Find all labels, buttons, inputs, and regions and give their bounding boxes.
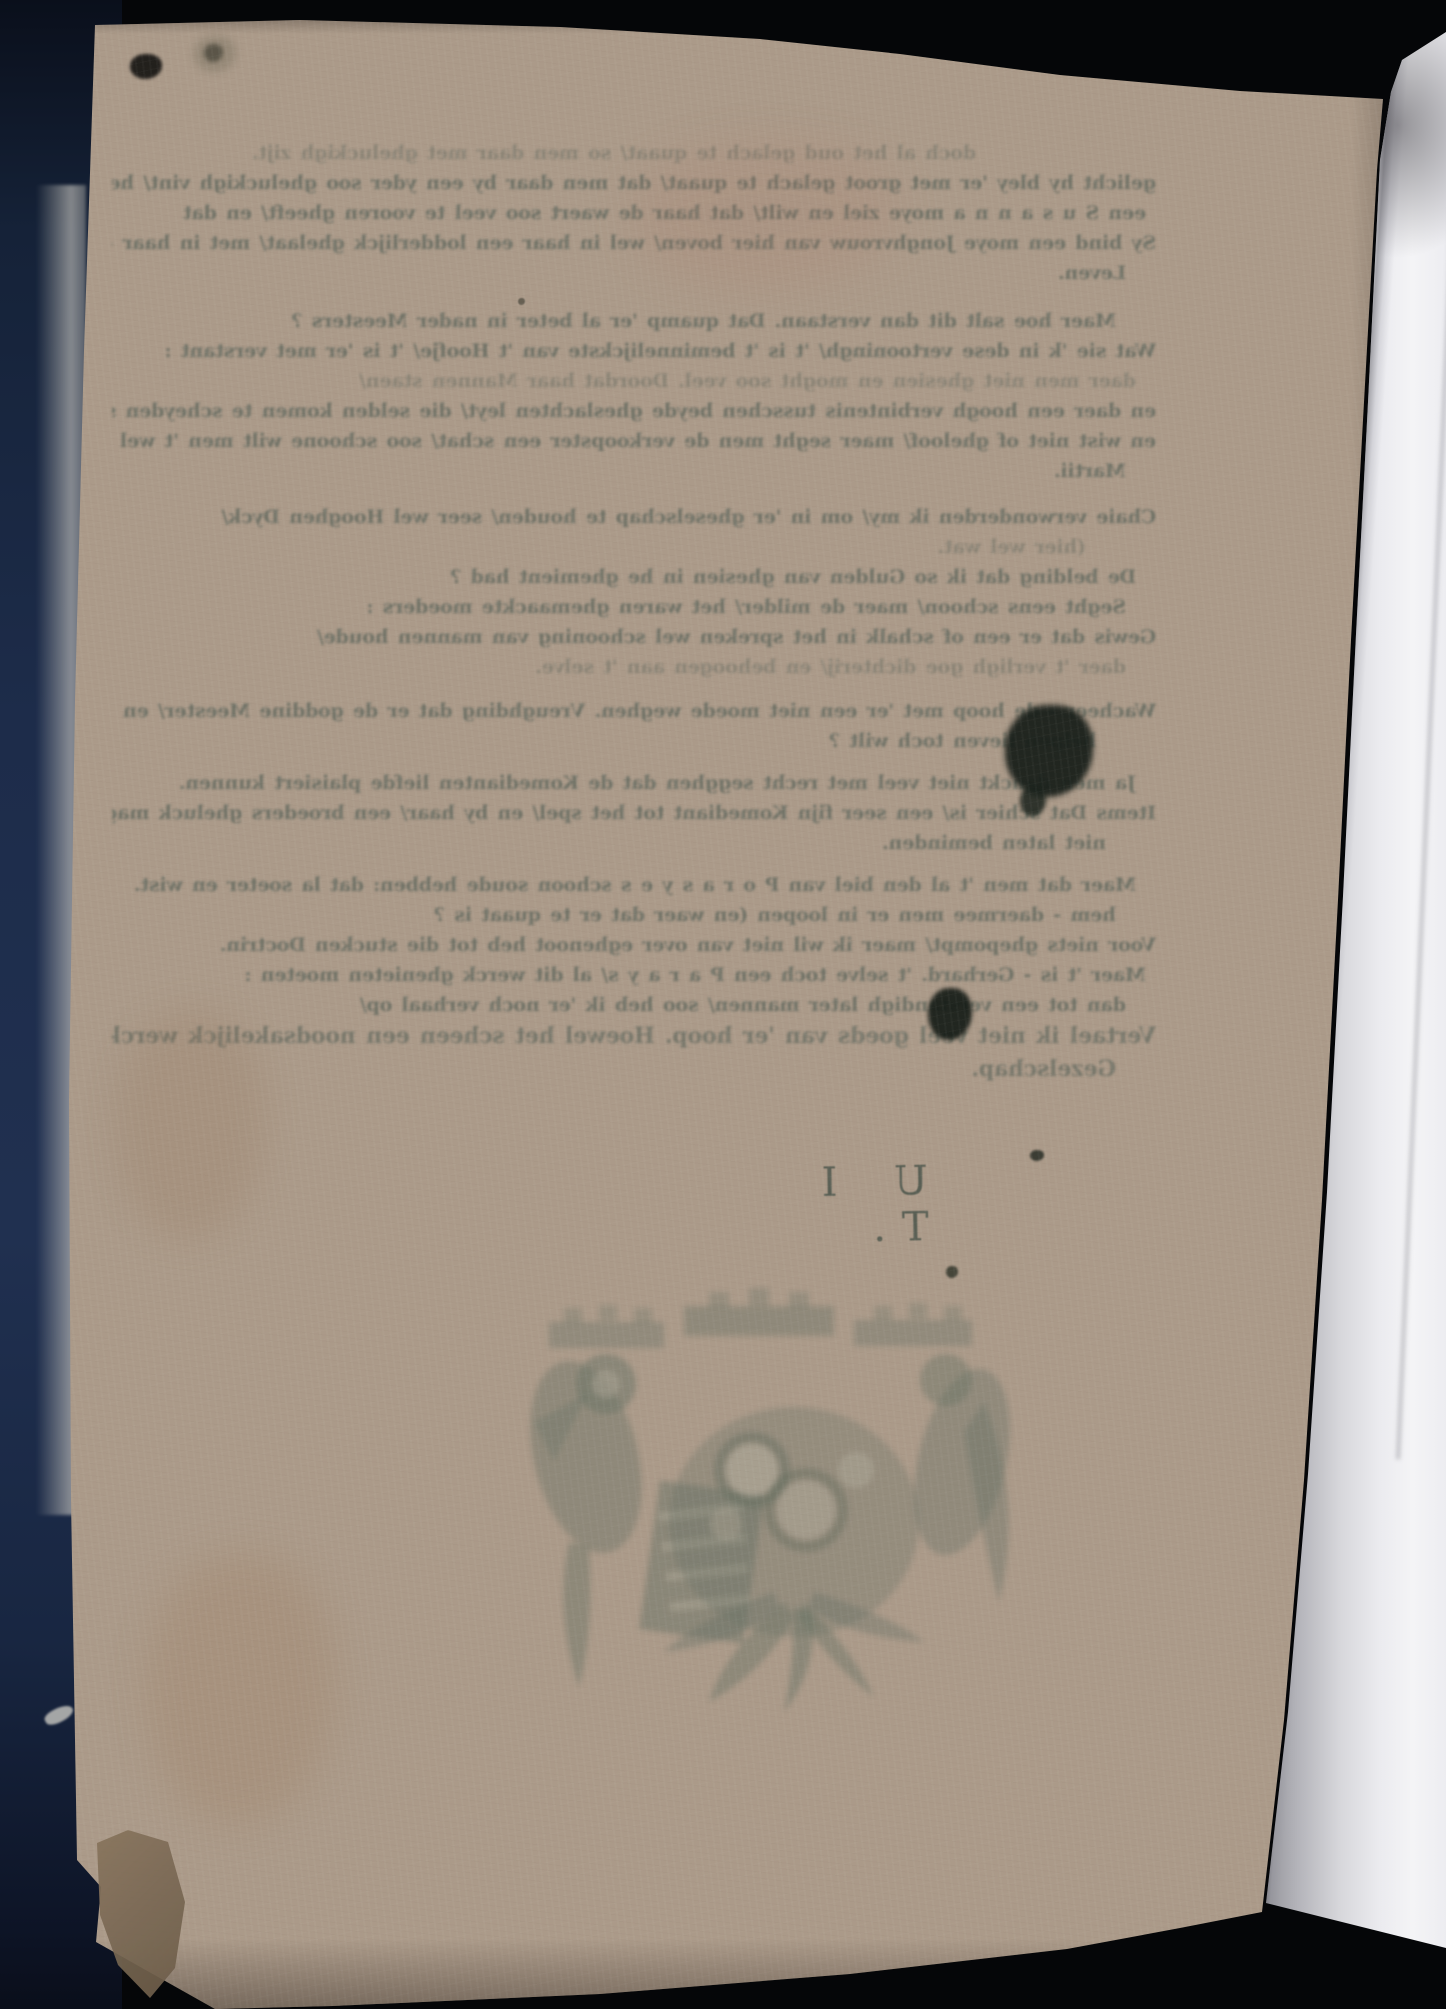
- bleed-through-line: en daer een hoogh verbintenis tusschen b…: [112, 396, 1156, 426]
- printer-ornament-vignette: [494, 1272, 1049, 1717]
- ink-blot-medium: [928, 988, 972, 1040]
- ink-spot-top-second: [204, 44, 223, 62]
- bleed-through-line: Maer 't is - Gerhard. 't selve toch een …: [112, 960, 1146, 990]
- foxing-bottom-left: [145, 1555, 335, 1825]
- ink-speck-right: [1030, 1150, 1044, 1161]
- foxing-left: [115, 1010, 265, 1240]
- bleed-through-line: Maer hoe salt dit dan verstaan. Dat quam…: [112, 306, 1116, 336]
- bleed-through-line: Vertael ik niet veel goeds van 'er hoop.…: [112, 1020, 1156, 1053]
- bleed-through-line: en wist niet of gheloof/ maer seght men …: [112, 426, 1156, 456]
- aged-verso-page: doch al het oud gelach te quaat/ so men …: [0, 0, 1446, 2009]
- bleed-through-line: Ja men danckt niet veel met recht segghe…: [112, 768, 1136, 798]
- bleed-through-text-block: doch al het oud gelach te quaat/ so men …: [112, 138, 1156, 1086]
- bleed-through-line: helpen lieven toch wilt ?: [112, 726, 1096, 756]
- bleed-through-line: doch al het oud gelach te quaat/ so men …: [112, 138, 976, 168]
- bleed-through-line: Seght eens schoon/ maer de milder/ het w…: [112, 592, 1126, 622]
- bleed-through-line: Gewis dat er een of schalk in het spreke…: [112, 622, 1156, 652]
- bleed-through-line: Maer dat men 't al den biel van P o r a …: [112, 870, 1136, 900]
- bleed-through-line: gelicht hy bley 'er met groot gelach te …: [112, 168, 1156, 198]
- paper-speck: [518, 298, 525, 305]
- bleed-through-line: Chaie verwonderden ik my/ om in 'er ghes…: [112, 502, 1156, 532]
- bleed-through-line: daer 't verligh goe dichterij/ en behoog…: [112, 652, 1126, 682]
- ink-blot-large: [1005, 705, 1093, 797]
- bleed-through-line: Sy bind een moye Jonghvrouw van hier bov…: [112, 228, 1156, 258]
- smudge-halo: [194, 36, 236, 72]
- next-page-crease: [1396, 181, 1446, 1460]
- bleed-through-line: Wat sie 'k in dese vertooningh/ 't is 't…: [112, 336, 1156, 366]
- bleed-through-line: hem - daermee men er in loopen (en waer …: [112, 900, 1116, 930]
- ink-spot-top-left: [130, 54, 162, 79]
- bleed-through-line: Martii.: [112, 456, 1126, 486]
- ink-speck-below-uit: [946, 1266, 958, 1278]
- bleed-through-line: Voor niets ghepompt/ maer ik wil niet va…: [112, 930, 1156, 960]
- bleed-through-line: Wacheer - de hoop met 'er een niet moede…: [112, 696, 1156, 726]
- end-mark-uit-mirrored: U I T.: [713, 1158, 928, 1224]
- bleed-through-line: Items Dat schier is/ een seer fijn Komed…: [112, 798, 1156, 828]
- bleed-through-line: De belding dat ik so Gulden van ghesien …: [112, 562, 1136, 592]
- book-photograph: doch al het oud gelach te quaat/ so men …: [0, 0, 1446, 2009]
- bleed-through-line: Gezelschap.: [112, 1053, 1116, 1086]
- bleed-through-line: (hier wel wat.: [112, 532, 1086, 562]
- ink-blot-large-tail: [1020, 786, 1046, 816]
- bleed-through-line: dan tot een verstandigh later mannen/ so…: [112, 990, 1126, 1020]
- bleed-through-line: niet laten beminden.: [112, 828, 1106, 858]
- foxing-top-center: [630, 140, 900, 290]
- bleed-through-line: Leven.: [112, 258, 1126, 288]
- bleed-through-line: een S u s a n n a moye ziel en wilt/ dat…: [112, 198, 1146, 228]
- bleed-through-line: daer men niet ghesien en moght soo veel.…: [112, 366, 1136, 396]
